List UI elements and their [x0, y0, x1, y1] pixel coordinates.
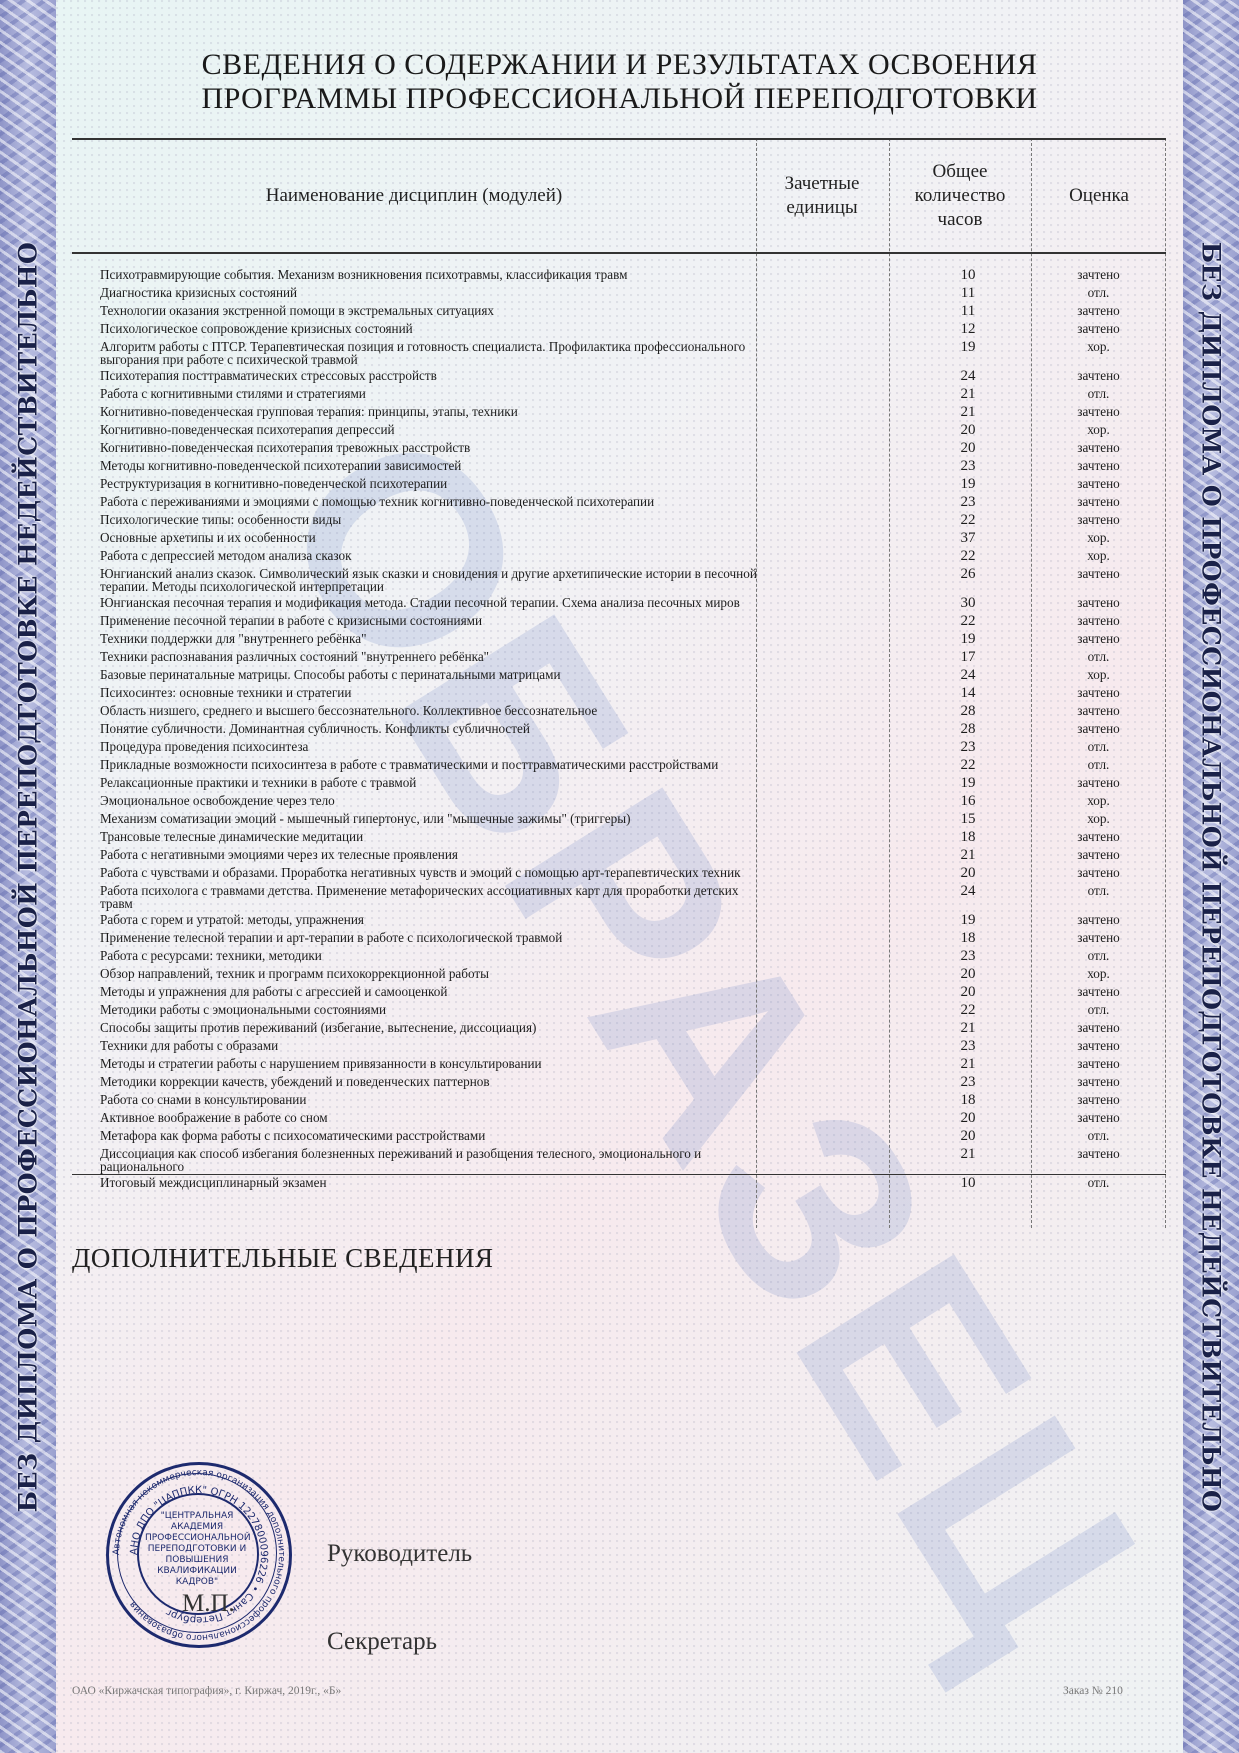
- cell-grade: зачтено: [1031, 1039, 1166, 1052]
- table-row: Механизм соматизации эмоций - мышечный г…: [72, 810, 1166, 828]
- header-units: Зачетные единицы: [762, 140, 882, 252]
- cell-hours: 24: [905, 884, 1031, 899]
- cell-hours: 16: [905, 794, 1031, 809]
- cell-name: Понятие субличности. Доминантная субличн…: [72, 722, 772, 735]
- cell-grade: зачтено: [1031, 1021, 1166, 1034]
- cell-hours: 23: [905, 495, 1031, 510]
- table-row: Прикладные возможности психосинтеза в ра…: [72, 756, 1166, 774]
- table-row: Реструктуризация в когнитивно-поведенчес…: [72, 475, 1166, 493]
- table-row: Методы и стратегии работы с нарушением п…: [72, 1055, 1166, 1073]
- cell-grade: отл.: [1031, 1129, 1166, 1142]
- cell-grade: хор.: [1031, 668, 1166, 681]
- cell-hours: 30: [905, 596, 1031, 611]
- cell-hours: 21: [905, 387, 1031, 402]
- table-row: Алгоритм работы с ПТСР. Терапевтическая …: [72, 338, 1166, 367]
- table-row: Психологические типы: особенности виды22…: [72, 511, 1166, 529]
- cell-hours: 20: [905, 441, 1031, 456]
- cell-grade: зачтено: [1031, 614, 1166, 627]
- table-row: Методики коррекции качеств, убеждений и …: [72, 1073, 1166, 1091]
- cell-hours: 24: [905, 369, 1031, 384]
- cell-grade: зачтено: [1031, 441, 1166, 454]
- cell-grade: зачтено: [1031, 1093, 1166, 1106]
- cell-hours: 21: [905, 1057, 1031, 1072]
- cell-hours: 37: [905, 531, 1031, 546]
- cell-grade: хор.: [1031, 340, 1166, 353]
- cell-name: Итоговый междисциплинарный экзамен: [72, 1176, 772, 1189]
- cell-name: Работа с чувствами и образами. Проработк…: [72, 866, 772, 879]
- cell-grade: зачтено: [1031, 513, 1166, 526]
- cell-grade: отл.: [1031, 758, 1166, 771]
- cell-grade: зачтено: [1031, 686, 1166, 699]
- table-row: Работа психолога с травмами детства. При…: [72, 882, 1166, 911]
- cell-hours: 12: [905, 322, 1031, 337]
- cell-hours: 20: [905, 1129, 1031, 1144]
- table-row: Процедура проведения психосинтеза23отл.: [72, 738, 1166, 756]
- cell-hours: 19: [905, 632, 1031, 647]
- cell-grade: зачтено: [1031, 369, 1166, 382]
- table-row: Работа с ресурсами: техники, методики23о…: [72, 947, 1166, 965]
- secretary-signature-label: Секретарь: [327, 1628, 437, 1656]
- table-row: Основные архетипы и их особенности37хор.: [72, 529, 1166, 547]
- table-row: Работа с депрессией методом анализа сказ…: [72, 547, 1166, 565]
- cell-grade: отл.: [1031, 1003, 1166, 1016]
- cell-grade: зачтено: [1031, 405, 1166, 418]
- cell-hours: 21: [905, 1147, 1031, 1162]
- cell-name: Психотерапия посттравматических стрессов…: [72, 369, 772, 382]
- cell-grade: хор.: [1031, 423, 1166, 436]
- cell-grade: зачтено: [1031, 776, 1166, 789]
- cell-hours: 18: [905, 931, 1031, 946]
- cell-grade: зачтено: [1031, 567, 1166, 580]
- cell-grade: зачтено: [1031, 1075, 1166, 1088]
- table-row: Эмоциональное освобождение через тело16х…: [72, 792, 1166, 810]
- cell-hours: 21: [905, 1021, 1031, 1036]
- cell-hours: 26: [905, 567, 1031, 582]
- cell-name: Работа с негативными эмоциями через их т…: [72, 848, 772, 861]
- cell-name: Работа со снами в консультировании: [72, 1093, 772, 1106]
- cell-hours: 21: [905, 848, 1031, 863]
- table-row: Психосинтез: основные техники и стратеги…: [72, 684, 1166, 702]
- cell-name: Методики коррекции качеств, убеждений и …: [72, 1075, 772, 1088]
- table-row: Технологии оказания экстренной помощи в …: [72, 302, 1166, 320]
- cell-grade: зачтено: [1031, 304, 1166, 317]
- cell-name: Активное воображение в работе со сном: [72, 1111, 772, 1124]
- cell-hours: 20: [905, 866, 1031, 881]
- cell-grade: хор.: [1031, 812, 1166, 825]
- cell-hours: 18: [905, 1093, 1031, 1108]
- cell-hours: 11: [905, 304, 1031, 319]
- table-row: Юнгианский анализ сказок. Символический …: [72, 565, 1166, 594]
- cell-grade: зачтено: [1031, 985, 1166, 998]
- cell-name: Психосинтез: основные техники и стратеги…: [72, 686, 772, 699]
- cell-grade: хор.: [1031, 531, 1166, 544]
- cell-name: Юнгианский анализ сказок. Символический …: [72, 567, 772, 593]
- cell-hours: 24: [905, 668, 1031, 683]
- cell-name: Методы и стратегии работы с нарушением п…: [72, 1057, 772, 1070]
- cell-name: Область низшего, среднего и высшего бесс…: [72, 704, 772, 717]
- cell-name: Процедура проведения психосинтеза: [72, 740, 772, 753]
- table-row: Диссоциация как способ избегания болезне…: [72, 1145, 1166, 1174]
- header-grade: Оценка: [1032, 140, 1166, 252]
- cell-name: Применение песочной терапии в работе с к…: [72, 614, 772, 627]
- table-row: Способы защиты против переживаний (избег…: [72, 1019, 1166, 1037]
- cell-hours: 20: [905, 985, 1031, 1000]
- cell-hours: 28: [905, 704, 1031, 719]
- cell-hours: 19: [905, 340, 1031, 355]
- cell-name: Методики работы с эмоциональными состоян…: [72, 1003, 772, 1016]
- cell-grade: зачтено: [1031, 495, 1166, 508]
- cell-grade: отл.: [1031, 286, 1166, 299]
- cell-name: Алгоритм работы с ПТСР. Терапевтическая …: [72, 340, 772, 366]
- border-text-right: БЕЗ ДИПЛОМА О ПРОФЕССИОНАЛЬНОЙ ПЕРЕПОДГО…: [1197, 241, 1226, 1512]
- cell-name: Работа с горем и утратой: методы, упражн…: [72, 913, 772, 926]
- cell-name: Методы когнитивно-поведенческой психотер…: [72, 459, 772, 472]
- table-body: Психотравмирующие события. Механизм возн…: [72, 254, 1166, 1192]
- cell-grade: зачтено: [1031, 322, 1166, 335]
- cell-name: Техники поддержки для "внутреннего ребён…: [72, 632, 772, 645]
- cell-hours: 10: [905, 268, 1031, 283]
- cell-hours: 28: [905, 722, 1031, 737]
- security-border-left: БЕЗ ДИПЛОМА О ПРОФЕССИОНАЛЬНОЙ ПЕРЕПОДГО…: [0, 0, 56, 1753]
- order-number: Заказ № 210: [1063, 1685, 1123, 1697]
- cell-hours: 22: [905, 549, 1031, 564]
- cell-grade: зачтено: [1031, 632, 1166, 645]
- cell-name: Работа психолога с травмами детства. При…: [72, 884, 772, 910]
- cell-grade: зачтено: [1031, 866, 1166, 879]
- printer-info: ОАО «Киржачская типография», г. Киржач, …: [72, 1685, 341, 1697]
- cell-name: Когнитивно-поведенческая психотерапия де…: [72, 423, 772, 436]
- border-text-left: БЕЗ ДИПЛОМА О ПРОФЕССИОНАЛЬНОЙ ПЕРЕПОДГО…: [14, 241, 43, 1512]
- cell-grade: зачтено: [1031, 830, 1166, 843]
- cell-hours: 20: [905, 423, 1031, 438]
- cell-grade: зачтено: [1031, 477, 1166, 490]
- cell-grade: зачтено: [1031, 913, 1166, 926]
- cell-hours: 23: [905, 1039, 1031, 1054]
- table-row: Работа с негативными эмоциями через их т…: [72, 846, 1166, 864]
- table-row: Применение телесной терапии и арт-терапи…: [72, 929, 1166, 947]
- cell-name: Психологическое сопровождение кризисных …: [72, 322, 772, 335]
- page-title: СВЕДЕНИЯ О СОДЕРЖАНИИ И РЕЗУЛЬТАТАХ ОСВО…: [0, 48, 1239, 116]
- cell-name: Обзор направлений, техник и программ пси…: [72, 967, 772, 980]
- table-row: Когнитивно-поведенческая психотерапия тр…: [72, 439, 1166, 457]
- stamp-place-label: М.П.: [182, 1590, 235, 1618]
- cell-name: Работа с переживаниями и эмоциями с помо…: [72, 495, 772, 508]
- cell-hours: 10: [905, 1176, 1031, 1191]
- cell-grade: зачтено: [1031, 704, 1166, 717]
- cell-name: Релаксационные практики и техники в рабо…: [72, 776, 772, 789]
- cell-grade: отл.: [1031, 740, 1166, 753]
- additional-info-title: ДОПОЛНИТЕЛЬНЫЕ СВЕДЕНИЯ: [72, 1243, 494, 1274]
- cell-hours: 15: [905, 812, 1031, 827]
- cell-name: Работа с когнитивными стилями и стратеги…: [72, 387, 772, 400]
- cell-hours: 18: [905, 830, 1031, 845]
- official-stamp: Автономная некоммерческая организация до…: [106, 1462, 292, 1648]
- cell-hours: 23: [905, 740, 1031, 755]
- cell-name: Техники распознавания различных состояни…: [72, 650, 772, 663]
- table-row: Когнитивно-поведенческая психотерапия де…: [72, 421, 1166, 439]
- table-row: Базовые перинатальные матрицы. Способы р…: [72, 666, 1166, 684]
- head-signature-label: Руководитель: [327, 1540, 472, 1568]
- cell-grade: отл.: [1031, 949, 1166, 962]
- cell-name: Когнитивно-поведенческая психотерапия тр…: [72, 441, 772, 454]
- cell-name: Способы защиты против переживаний (избег…: [72, 1021, 772, 1034]
- table-row: Применение песочной терапии в работе с к…: [72, 612, 1166, 630]
- cell-name: Методы и упражнения для работы с агресси…: [72, 985, 772, 998]
- cell-grade: зачтено: [1031, 931, 1166, 944]
- cell-grade: зачтено: [1031, 1057, 1166, 1070]
- table-row: Работа с когнитивными стилями и стратеги…: [72, 385, 1166, 403]
- table-row: Методы когнитивно-поведенческой психотер…: [72, 457, 1166, 475]
- table-row: Методы и упражнения для работы с агресси…: [72, 983, 1166, 1001]
- header-hours: Общее количество часов: [890, 140, 1030, 252]
- table-row: Активное воображение в работе со сном20з…: [72, 1109, 1166, 1127]
- cell-name: Базовые перинатальные матрицы. Способы р…: [72, 668, 772, 681]
- cell-name: Прикладные возможности психосинтеза в ра…: [72, 758, 772, 771]
- cell-hours: 17: [905, 650, 1031, 665]
- table-header: Наименование дисциплин (модулей) Зачетны…: [72, 138, 1166, 254]
- cell-name: Работа с депрессией методом анализа сказ…: [72, 549, 772, 562]
- cell-name: Психотравмирующие события. Механизм возн…: [72, 268, 772, 281]
- table-row: Психологическое сопровождение кризисных …: [72, 320, 1166, 338]
- table-row: Методики работы с эмоциональными состоян…: [72, 1001, 1166, 1019]
- cell-hours: 23: [905, 1075, 1031, 1090]
- stamp-center-text: "ЦЕНТРАЛЬНАЯ АКАДЕМИЯ ПРОФЕССИОНАЛЬНОЙ П…: [145, 1511, 249, 1588]
- cell-grade: зачтено: [1031, 459, 1166, 472]
- cell-name: Когнитивно-поведенческая групповая терап…: [72, 405, 772, 418]
- cell-grade: зачтено: [1031, 848, 1166, 861]
- table-row: Обзор направлений, техник и программ пси…: [72, 965, 1166, 983]
- title-line-2: ПРОГРАММЫ ПРОФЕССИОНАЛЬНОЙ ПЕРЕПОДГОТОВК…: [0, 82, 1239, 116]
- cell-grade: зачтено: [1031, 596, 1166, 609]
- cell-name: Работа с ресурсами: техники, методики: [72, 949, 772, 962]
- cell-name: Психологические типы: особенности виды: [72, 513, 772, 526]
- cell-name: Основные архетипы и их особенности: [72, 531, 772, 544]
- security-border-right: БЕЗ ДИПЛОМА О ПРОФЕССИОНАЛЬНОЙ ПЕРЕПОДГО…: [1183, 0, 1239, 1753]
- cell-name: Применение телесной терапии и арт-терапи…: [72, 931, 772, 944]
- cell-name: Юнгианская песочная терапия и модификаци…: [72, 596, 772, 609]
- cell-name: Диагностика кризисных состояний: [72, 286, 772, 299]
- cell-name: Техники для работы с образами: [72, 1039, 772, 1052]
- header-name: Наименование дисциплин (модулей): [72, 140, 756, 252]
- cell-hours: 20: [905, 967, 1031, 982]
- cell-name: Технологии оказания экстренной помощи в …: [72, 304, 772, 317]
- table-row: Область низшего, среднего и высшего бесс…: [72, 702, 1166, 720]
- table-row: Юнгианская песочная терапия и модификаци…: [72, 594, 1166, 612]
- table-row: Работа с чувствами и образами. Проработк…: [72, 864, 1166, 882]
- table-row: Психотравмирующие события. Механизм возн…: [72, 266, 1166, 284]
- cell-hours: 19: [905, 913, 1031, 928]
- table-row: Метафора как форма работы с психосоматич…: [72, 1127, 1166, 1145]
- cell-hours: 19: [905, 776, 1031, 791]
- cell-grade: хор.: [1031, 794, 1166, 807]
- table-row: Техники распознавания различных состояни…: [72, 648, 1166, 666]
- cell-name: Реструктуризация в когнитивно-поведенчес…: [72, 477, 772, 490]
- cell-hours: 22: [905, 614, 1031, 629]
- cell-grade: хор.: [1031, 549, 1166, 562]
- cell-hours: 21: [905, 405, 1031, 420]
- table-row: Работа с горем и утратой: методы, упражн…: [72, 911, 1166, 929]
- cell-hours: 22: [905, 513, 1031, 528]
- cell-grade: хор.: [1031, 967, 1166, 980]
- cell-grade: отл.: [1031, 1176, 1166, 1189]
- cell-grade: отл.: [1031, 650, 1166, 663]
- cell-hours: 22: [905, 758, 1031, 773]
- cell-hours: 23: [905, 949, 1031, 964]
- table-row: Работа с переживаниями и эмоциями с помо…: [72, 493, 1166, 511]
- table-row: Психотерапия посттравматических стрессов…: [72, 367, 1166, 385]
- disciplines-table: Наименование дисциплин (модулей) Зачетны…: [72, 138, 1166, 1192]
- cell-name: Диссоциация как способ избегания болезне…: [72, 1147, 772, 1173]
- table-row: Релаксационные практики и техники в рабо…: [72, 774, 1166, 792]
- cell-name: Метафора как форма работы с психосоматич…: [72, 1129, 772, 1142]
- table-row: Понятие субличности. Доминантная субличн…: [72, 720, 1166, 738]
- cell-name: Эмоциональное освобождение через тело: [72, 794, 772, 807]
- cell-name: Трансовые телесные динамические медитаци…: [72, 830, 772, 843]
- cell-grade: зачтено: [1031, 1111, 1166, 1124]
- cell-hours: 22: [905, 1003, 1031, 1018]
- cell-hours: 19: [905, 477, 1031, 492]
- cell-grade: зачтено: [1031, 268, 1166, 281]
- table-row: Техники поддержки для "внутреннего ребён…: [72, 630, 1166, 648]
- cell-name: Механизм соматизации эмоций - мышечный г…: [72, 812, 772, 825]
- cell-grade: отл.: [1031, 387, 1166, 400]
- cell-hours: 20: [905, 1111, 1031, 1126]
- cell-grade: зачтено: [1031, 1147, 1166, 1160]
- cell-grade: зачтено: [1031, 722, 1166, 735]
- cell-hours: 14: [905, 686, 1031, 701]
- final-exam-row: Итоговый междисциплинарный экзамен10отл.: [72, 1174, 1166, 1192]
- table-row: Трансовые телесные динамические медитаци…: [72, 828, 1166, 846]
- table-row: Работа со снами в консультировании18зачт…: [72, 1091, 1166, 1109]
- table-row: Техники для работы с образами23зачтено: [72, 1037, 1166, 1055]
- table-row: Диагностика кризисных состояний11отл.: [72, 284, 1166, 302]
- table-row: Когнитивно-поведенческая групповая терап…: [72, 403, 1166, 421]
- cell-hours: 11: [905, 286, 1031, 301]
- cell-grade: отл.: [1031, 884, 1166, 897]
- cell-hours: 23: [905, 459, 1031, 474]
- title-line-1: СВЕДЕНИЯ О СОДЕРЖАНИИ И РЕЗУЛЬТАТАХ ОСВО…: [0, 48, 1239, 82]
